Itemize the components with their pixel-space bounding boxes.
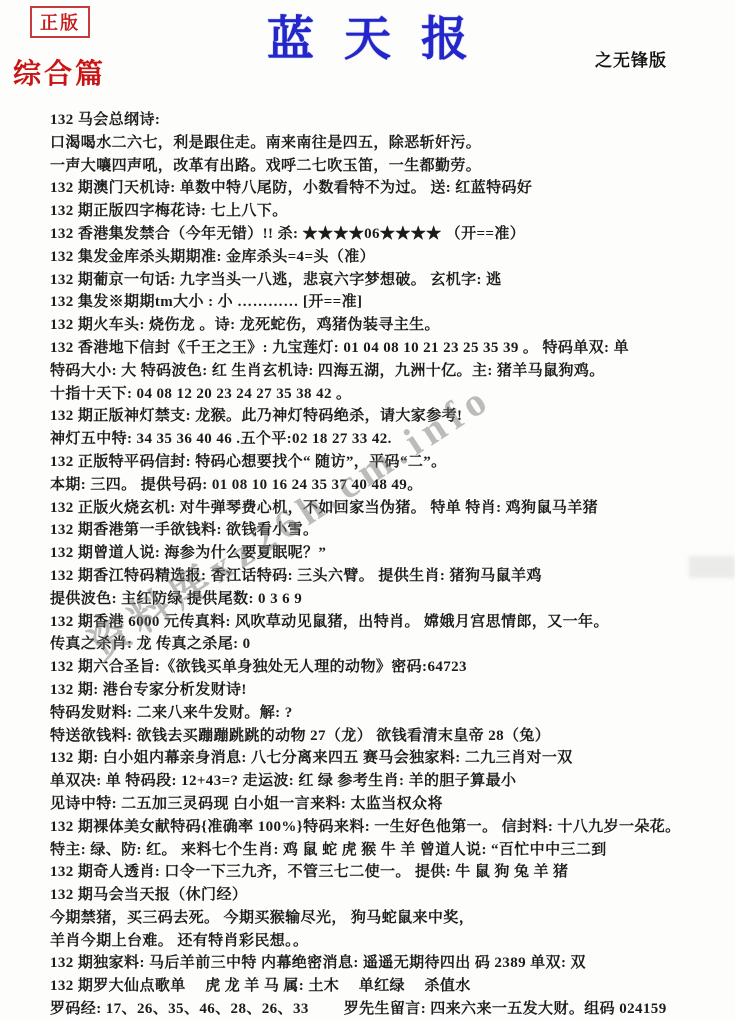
text-line: 132 期裸体美女献特码{准确率 100%}特码来料: 一生好色他第一。 信封料… — [50, 816, 731, 839]
text-line: 132 香港集发禁合（今年无错）!! 杀: ★★★★06★★★★ （开==准） — [50, 223, 731, 246]
text-line: 132 马会总纲诗: — [50, 109, 731, 132]
text-line: 132 期火车头: 烧伤龙 。诗: 龙死蛇伤，鸡猪伪装寻主生。 — [50, 314, 731, 337]
text-line: 132 正版特平码信封: 特码心想要找个“ 随访”，平码“二”。 — [50, 451, 731, 474]
text-line: 132 期马会当天报（休门经） — [50, 884, 731, 907]
text-line: 132 香港地下信封《千王之王》: 九宝莲灯: 01 04 08 10 21 2… — [50, 337, 731, 360]
text-line: 132 期六合圣旨:《欲钱买单身独处无人理的动物》密码:64723 — [50, 656, 731, 679]
scan-smudge — [689, 556, 735, 578]
text-line: 132 期曾道人说: 海参为什么要夏眠呢？” — [50, 542, 731, 565]
text-line: 132 期: 白小姐内幕亲身消息: 八七分离来四五 赛马会独家料: 二九三肖对一… — [50, 747, 731, 770]
text-line: 本期: 三四。 提供号码: 01 08 10 16 24 35 37 40 48… — [50, 474, 731, 497]
text-line: 特主: 绿、防: 红。 来料七个生肖: 鸡 鼠 蛇 虎 猴 牛 羊 曾道人说: … — [50, 839, 731, 862]
text-line: 132 集发※期期tm大小 : 小 ………… [开==准] — [50, 291, 731, 314]
text-line: 132 期香港 6000 元传真料: 风吹草动见鼠猪，出特肖。 嫦娥月宫思情郎，… — [50, 611, 731, 634]
text-line: 特送欲钱料: 欲钱去买蹦蹦跳跳的动物 27（龙） 欲钱看清末皇帝 28（兔） — [50, 725, 731, 748]
edition-label: 之无锋版 — [595, 46, 667, 71]
text-line: 一声大嚷四声吼，改革有出路。戏呼二七吹玉笛，一生都勤劳。 — [50, 155, 731, 178]
text-line: 特码发财料: 二来八来牛发财。解: ? — [50, 702, 731, 725]
text-line: 见诗中特: 二五加三灵码现 白小姐一言来料: 太监当权众将 — [50, 793, 731, 816]
text-line: 132 期澳门天机诗: 单数中特八尾防，小数看特不为过。 送: 红蓝特码好 — [50, 177, 731, 200]
text-line: 132 集发金库杀头期期准: 金库杀头=4=头（准） — [50, 246, 731, 269]
text-line: 罗码经: 17、26、35、46、28、26、33 罗先生留言: 四来六来一五发… — [50, 998, 731, 1019]
text-line: 132 期独家料: 马后羊前三中特 内幕绝密消息: 遥遥无期待四出 码 2389… — [50, 952, 731, 975]
text-line: 口渴喝水二六七，利是跟住走。南来南往是四五，除恶斩奸污。 — [50, 132, 731, 155]
text-line: 132 期正版神灯禁支: 龙猴。此乃神灯特码绝杀，请大家参考! — [50, 405, 731, 428]
section-heading: 综合篇 — [13, 52, 106, 92]
text-line: 传真之杀肖: 龙 传真之杀尾: 0 — [50, 633, 731, 656]
text-line: 提供波色: 主红防绿 提供尾数: 0 3 6 9 — [50, 588, 731, 611]
text-line: 特码大小: 大 特码波色: 红 生肖玄机诗: 四海五湖，九洲十亿。主: 猪羊马鼠… — [50, 360, 731, 383]
text-line: 羊肖今期上台难。 还有特肖彩民想。。 — [50, 930, 731, 953]
newspaper-page: 正版 蓝天报 之无锋版 综合篇 132 马会总纲诗:口渴喝水二六七，利是跟住走。… — [0, 0, 735, 1019]
text-line: 今期禁猪，买三码去死。 今期买猴输尽光， 狗马蛇鼠来中奖， — [50, 907, 731, 930]
text-line: 132 期葡京一句话: 九字当头一八逃，悲哀六字梦想破。 玄机字: 逃 — [50, 269, 731, 292]
text-line: 十指十天下: 04 08 12 20 23 24 27 35 38 42 。 — [50, 383, 731, 406]
text-line: 132 期罗大仙点歌单 虎 龙 羊 马 属: 土木 单红绿 杀值水 — [50, 975, 731, 998]
content: 132 马会总纲诗:口渴喝水二六七，利是跟住走。南来南往是四五，除恶斩奸污。一声… — [50, 109, 731, 1019]
text-line: 132 期正版四字梅花诗: 七上八下。 — [50, 200, 731, 223]
text-line: 132 正版火烧玄机: 对牛弹琴费心机，不如回家当伪猪。 特单 特肖: 鸡狗鼠马… — [50, 497, 731, 520]
text-line: 132 期奇人透肖: 口令一下三九齐，不管三七二使一。 提供: 牛 鼠 狗 兔 … — [50, 861, 731, 884]
text-line: 单双决: 单 特码段: 12+43=? 走运波: 红 绿 参考生肖: 羊的胆子算… — [50, 770, 731, 793]
text-line: 132 期香港第一手欲钱料: 欲钱看小雪。 — [50, 519, 731, 542]
text-line: 132 期: 港台专家分析发财诗! — [50, 679, 731, 702]
text-line: 神灯五中特: 34 35 36 40 46 .五个平:02 18 27 33 4… — [50, 428, 731, 451]
text-line: 132 期香江特码精选报: 香江话特码: 三头六臂。 提供生肖: 猪狗马鼠羊鸡 — [50, 565, 731, 588]
